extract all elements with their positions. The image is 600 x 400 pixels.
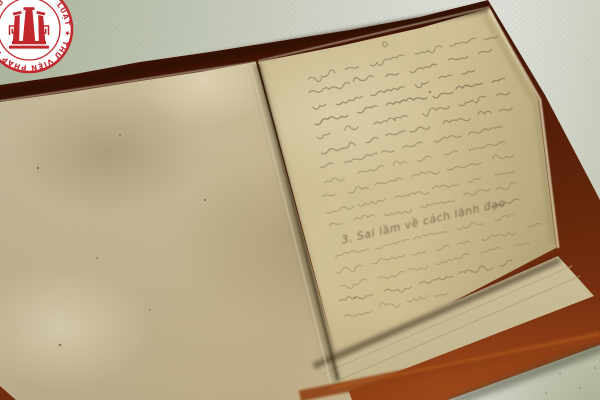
page-top-mark: [382, 41, 388, 47]
handwriting-line: [323, 136, 506, 185]
handwriting-lines: [288, 32, 552, 320]
handwriting-line: [338, 259, 514, 307]
handwriting-line: [307, 32, 498, 84]
right-page-edge-rim: [258, 7, 490, 61]
stamp-emblem-icon: [9, 7, 49, 48]
handwriting-line: [319, 123, 502, 169]
gutter-highlight: [251, 66, 331, 384]
watermark-stamp-logo: ★ THƯ VIỆN PHÁP LUẬT ★ THƯ VIỆN PHÁP LUẬ…: [0, 0, 84, 84]
handwriting-line: [308, 47, 493, 97]
handwriting-line: [321, 151, 513, 201]
handwriting-line: [316, 89, 511, 142]
gutter-seam-soft-shadow: [256, 64, 336, 382]
handwriting-line: [314, 76, 506, 126]
photo-open-notebook: 3. Sai lầm về cách lãnh đạo ★ THƯ VIỆN P…: [0, 0, 600, 400]
fabric-speckles: [545, 367, 596, 393]
photo-detail-overlay: 3. Sai lầm về cách lãnh đạo: [0, 0, 600, 400]
